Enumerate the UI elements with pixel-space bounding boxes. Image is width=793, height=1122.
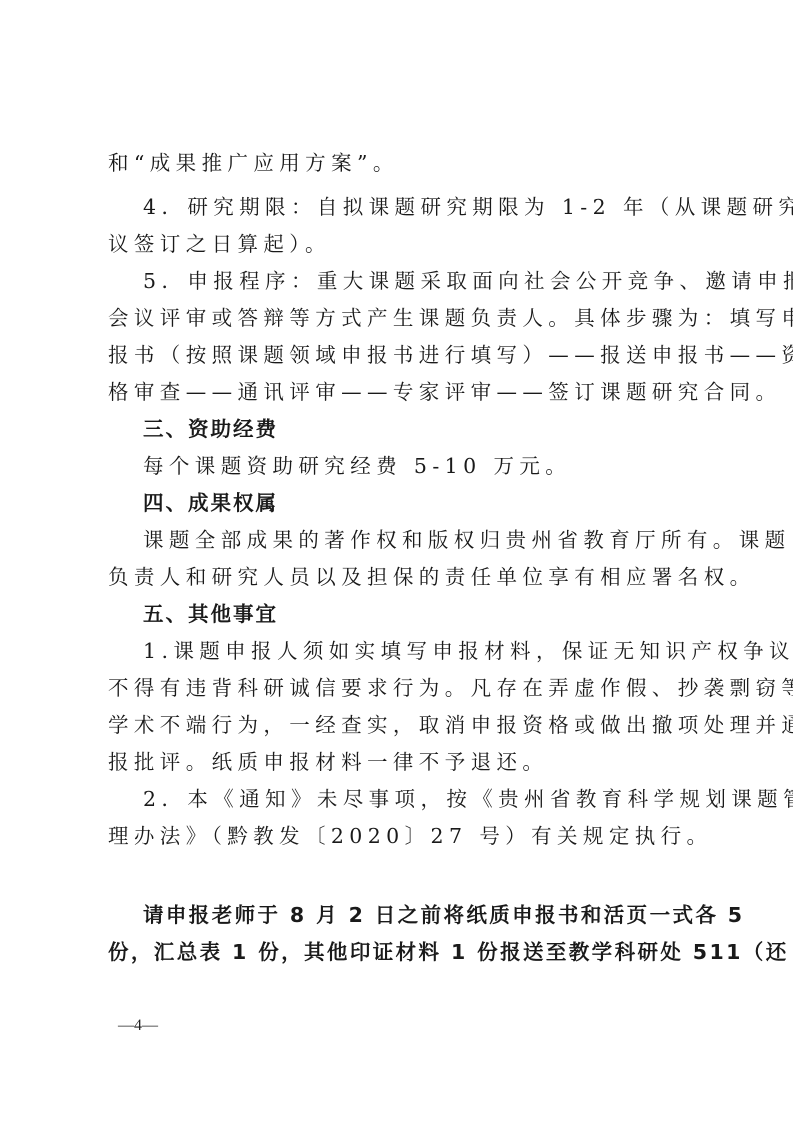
closing-notice-line: 份，汇总表 1 份，其他印证材料 1 份报送至教学科研处 511（还	[108, 939, 692, 965]
paragraph-line: 理办法》（黔教发〔2020〕27 号）有关规定执行。	[108, 823, 692, 849]
paragraph-line: 每个课题资助研究经费 5-10 万元。	[143, 453, 692, 479]
page-number: —4—	[118, 1017, 158, 1035]
paragraph-line: 报书（按照课题领域申报书进行填写）——报送申报书——资	[108, 342, 692, 368]
paragraph-line: 报批评。纸质申报材料一律不予退还。	[108, 749, 692, 775]
section-heading-funding: 三、资助经费	[143, 416, 692, 442]
paragraph-line: 1.课题申报人须如实填写申报材料，保证无知识产权争议，	[143, 638, 692, 664]
paragraph-line: 不得有违背科研诚信要求行为。凡存在弄虚作假、抄袭剽窃等	[108, 675, 692, 701]
paragraph-line: 会议评审或答辩等方式产生课题负责人。具体步骤为：填写申	[108, 305, 692, 331]
paragraph-line: 课题全部成果的著作权和版权归贵州省教育厅所有。课题	[143, 527, 692, 553]
paragraph-line: 4．研究期限：自拟课题研究期限为 1-2 年（从课题研究协	[143, 194, 692, 220]
document-page: 和“成果推广应用方案”。 4．研究期限：自拟课题研究期限为 1-2 年（从课题研…	[0, 0, 793, 1122]
section-heading-ownership: 四、成果权属	[143, 490, 692, 516]
paragraph-line: 和“成果推广应用方案”。	[108, 150, 692, 176]
paragraph-line: 格审查——通讯评审——专家评审——签订课题研究合同。	[108, 379, 692, 405]
closing-notice-line: 请申报老师于 8 月 2 日之前将纸质申报书和活页一式各 5	[143, 902, 692, 928]
section-heading-other: 五、其他事宜	[143, 601, 692, 627]
paragraph-line: 负责人和研究人员以及担保的责任单位享有相应署名权。	[108, 564, 692, 590]
paragraph-line: 议签订之日算起）。	[108, 231, 692, 257]
paragraph-line: 2．本《通知》未尽事项，按《贵州省教育科学规划课题管	[143, 786, 692, 812]
paragraph-line: 学术不端行为，一经查实，取消申报资格或做出撤项处理并通	[108, 712, 692, 738]
paragraph-line: 5．申报程序：重大课题采取面向社会公开竞争、邀请申报、	[143, 268, 692, 294]
